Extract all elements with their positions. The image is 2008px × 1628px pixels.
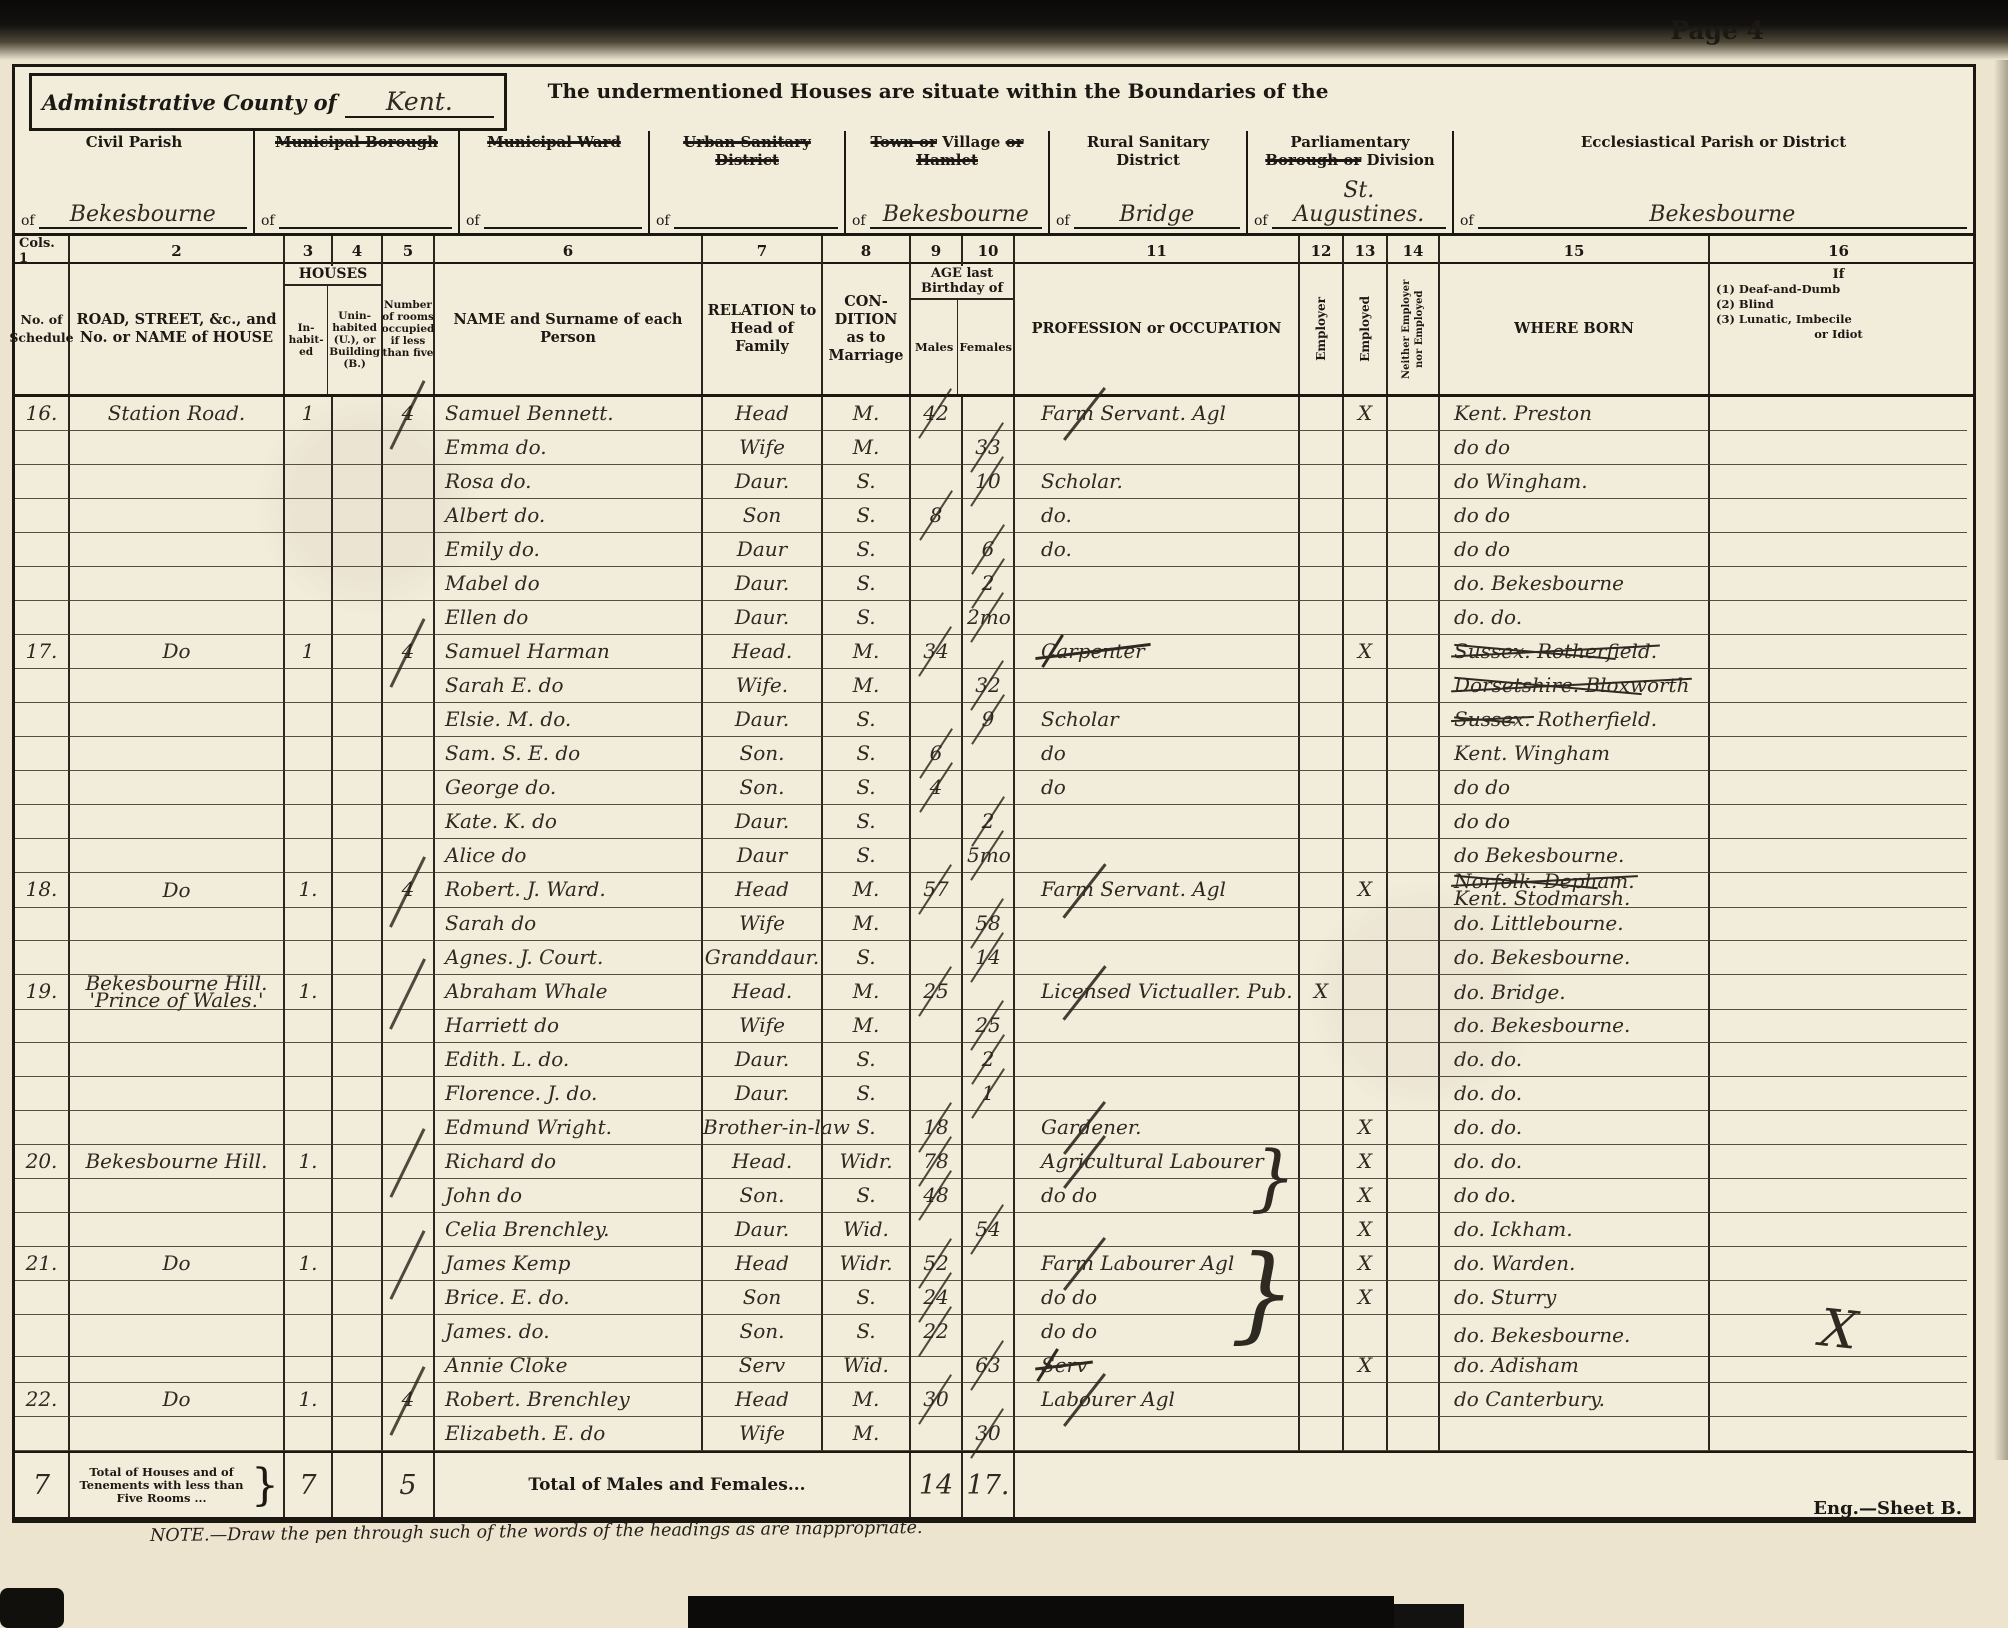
employer-mark — [1300, 1281, 1344, 1315]
brace-glyph: } — [251, 1479, 279, 1492]
person-row: John doSon.S.48do doXdo do. — [15, 1179, 1973, 1213]
address: Do — [70, 635, 285, 669]
neither-mark — [1388, 397, 1440, 431]
where-born-text: do. do. — [1454, 605, 1522, 629]
age-female: 33 — [963, 431, 1015, 465]
age-male-value: 30 — [919, 1383, 952, 1415]
age-male: 52 — [911, 1247, 963, 1281]
schedule-number — [15, 669, 70, 703]
employer-mark — [1300, 1111, 1344, 1145]
employed-mark: X — [1344, 1145, 1388, 1179]
schedule-number: 22. — [15, 1383, 70, 1417]
col-number: 13 — [1344, 236, 1388, 266]
infirmity — [1710, 941, 1967, 975]
uninhabited-mark — [333, 1043, 383, 1077]
neither-mark — [1388, 737, 1440, 771]
district-box: Civil ParishofBekesbourne — [15, 131, 253, 233]
relation: Head — [703, 397, 823, 431]
person-row: Edith. L. do.Daur.S.2do. do. — [15, 1043, 1973, 1077]
infirmity — [1710, 1111, 1967, 1145]
district-label: Municipal Ward — [466, 133, 642, 169]
condition: S. — [823, 533, 911, 567]
age-male-value: 42 — [919, 397, 952, 429]
where-born-text: do do — [1454, 809, 1510, 833]
col-number: Cols. 1 — [15, 236, 70, 266]
condition: M. — [823, 1009, 911, 1043]
uninhabited-mark — [333, 703, 383, 737]
district-value: Bekesbourne — [1649, 202, 1795, 227]
person-row: Elizabeth. E. doWifeM.30 — [15, 1417, 1973, 1451]
neither-mark — [1388, 669, 1440, 703]
header-infirmity-4: or Idiot — [1716, 327, 1961, 342]
person-name: Samuel Bennett. — [435, 397, 703, 431]
uninhabited-mark — [333, 1111, 383, 1145]
person-row: 20.Bekesbourne Hill.1.Richard doHead.Wid… — [15, 1145, 1973, 1179]
where-born-line: do. Bekesbourne — [1454, 575, 1708, 592]
where-born: do do. — [1440, 1179, 1710, 1213]
condition: S. — [823, 941, 911, 975]
occupation: Carpenter — [1015, 635, 1300, 669]
age-male — [911, 1043, 963, 1077]
occupation — [1015, 839, 1300, 873]
rooms-count — [383, 1213, 435, 1247]
uninhabited-mark — [333, 431, 383, 465]
where-born-line: Kent. Wingham — [1454, 745, 1708, 762]
neither-mark — [1388, 805, 1440, 839]
where-born-text: Sussex. — [1454, 707, 1531, 731]
condition: Widr. — [823, 1145, 911, 1179]
employer-mark — [1300, 465, 1344, 499]
employed-mark: X — [1344, 1247, 1388, 1281]
scan-edge-shadow — [1994, 60, 2008, 1460]
rooms-count — [383, 465, 435, 499]
where-born — [1440, 1417, 1710, 1451]
address — [70, 431, 285, 465]
age-male: 78 — [911, 1145, 963, 1179]
employer-mark — [1300, 907, 1344, 941]
address — [70, 1179, 285, 1213]
uninhabited-mark — [333, 1417, 383, 1451]
rooms-count — [383, 1179, 435, 1213]
of-word: of — [21, 213, 35, 229]
district-label-part: District — [1782, 133, 1846, 151]
header-employer: Employer — [1300, 264, 1344, 394]
district-label-part: Village — [942, 133, 1000, 151]
rooms-count — [383, 1077, 435, 1111]
employer-mark — [1300, 431, 1344, 465]
relation: Granddaur. — [703, 941, 823, 975]
inhabited-mark — [285, 703, 333, 737]
inhabited-mark: 1 — [285, 635, 333, 669]
uninhabited-mark — [333, 1213, 383, 1247]
person-name: John do — [435, 1179, 703, 1213]
employed-mark: X — [1344, 1281, 1388, 1315]
employed-mark: X — [1344, 1349, 1388, 1383]
where-born: do. Bekesbourne — [1440, 567, 1710, 601]
col-number: 6 — [435, 236, 703, 266]
males-females-total-label: Total of Males and Females... — [435, 1453, 911, 1517]
uninhabited-mark — [333, 635, 383, 669]
header-age-split: Males Females — [911, 300, 1013, 394]
where-born: do do — [1440, 805, 1710, 839]
relation: Son. — [703, 771, 823, 805]
person-row: Elsie. M. do.Daur.S.9ScholarSussex. Roth… — [15, 703, 1973, 737]
person-name: Alice do — [435, 839, 703, 873]
header-age: AGE last Birthday of — [911, 264, 1013, 300]
age-female — [963, 1179, 1015, 1213]
schedule-number: 18. — [15, 873, 70, 908]
person-row: Harriett doWifeM.25do. Bekesbourne. — [15, 1009, 1973, 1043]
administrative-county-value: Kent. — [386, 87, 453, 116]
age-female — [963, 975, 1015, 1010]
inhabited-mark — [285, 1009, 333, 1043]
houses-total-label: Total of Houses and of Tenements with le… — [70, 1453, 285, 1517]
where-born-line: do. do. — [1454, 1085, 1708, 1102]
condition: S. — [823, 839, 911, 873]
of-word: of — [656, 213, 670, 229]
condition: Wid. — [823, 1213, 911, 1247]
header-age-females: Females — [957, 300, 1013, 394]
relation: Brother-in-law — [703, 1111, 823, 1145]
inhabited-mark — [285, 499, 333, 533]
rooms-count: 4 — [383, 873, 435, 908]
person-name: Celia Brenchley. — [435, 1213, 703, 1247]
col-number: 7 — [703, 236, 823, 266]
employed-mark — [1344, 907, 1388, 941]
condition: S. — [823, 805, 911, 839]
district-blank: St. Augustines. — [1272, 179, 1446, 229]
header-schedule: No. of Schedule — [15, 264, 70, 394]
inhabited-mark: 1. — [285, 873, 333, 908]
inhabited-mark — [285, 431, 333, 465]
col-number: 2 — [70, 236, 285, 266]
schedule-number — [15, 1349, 70, 1383]
age-male-value: 22 — [919, 1315, 952, 1347]
inhabited-mark — [285, 465, 333, 499]
age-female: 63 — [963, 1349, 1015, 1383]
where-born-line: do. Sturry — [1454, 1289, 1708, 1306]
occupation-text: Agricultural Labourer — [1041, 1149, 1264, 1173]
where-born-text: do do — [1454, 435, 1510, 459]
occupation-text: Farm Labourer Agl — [1041, 1251, 1234, 1275]
condition: S. — [823, 1111, 911, 1145]
occupation-text: do. — [1041, 503, 1072, 527]
occupation: Agricultural Labourer} — [1015, 1145, 1300, 1179]
where-born: do. do. — [1440, 1077, 1710, 1111]
inhabited-mark — [285, 567, 333, 601]
inhabited-mark: 1 — [285, 397, 333, 431]
where-born-text: do. Bekesbourne. — [1454, 1013, 1630, 1037]
uninhabited-mark — [333, 975, 383, 1010]
inhabited-mark — [285, 839, 333, 873]
schedule-number — [15, 839, 70, 873]
employer-mark — [1300, 703, 1344, 737]
where-born-line: do do. — [1454, 1187, 1708, 1204]
column-number-row: Cols. 1 2 3 4 5 6 7 8 9 10 11 12 13 14 1… — [15, 236, 1973, 264]
employed-mark: X — [1344, 635, 1388, 669]
age-female-value: 63 — [971, 1349, 1004, 1381]
employed-mark: X — [1344, 873, 1388, 908]
district-label: Town or Village or Hamlet — [852, 133, 1042, 169]
infirmity — [1710, 1417, 1967, 1451]
infirmity — [1710, 1213, 1967, 1247]
header-uninhabited: Unin-habited (U.), or Building (B.) — [327, 286, 381, 394]
district-value: Bridge — [1119, 202, 1194, 227]
district-blank: Bekesbourne — [1478, 203, 1967, 229]
age-male — [911, 907, 963, 941]
person-name: Florence. J. do. — [435, 1077, 703, 1111]
relation: Head. — [703, 1145, 823, 1179]
where-born-line: do do — [1454, 779, 1708, 796]
age-female: 6 — [963, 533, 1015, 567]
header-houses-split: In-habit-ed Unin-habited (U.), or Buildi… — [285, 286, 381, 394]
rooms-count — [383, 941, 435, 975]
infirmity — [1710, 839, 1967, 873]
employed-mark — [1344, 499, 1388, 533]
where-born: do do — [1440, 431, 1710, 465]
of-word: of — [852, 213, 866, 229]
employer-mark — [1300, 1043, 1344, 1077]
uninhabited-mark — [333, 533, 383, 567]
age-female: 1 — [963, 1077, 1015, 1111]
inhabited-mark — [285, 941, 333, 975]
administrative-county-blank: Kent. — [345, 87, 494, 118]
occupation: Scholar — [1015, 703, 1300, 737]
header-neither-label: Neither Employer nor Employed — [1400, 269, 1426, 389]
address — [70, 941, 285, 975]
person-row: Celia Brenchley.Daur.Wid.54Xdo. Ickham. — [15, 1213, 1973, 1247]
where-born-text: Kent. Preston — [1454, 401, 1592, 425]
neither-mark — [1388, 1111, 1440, 1145]
occupation — [1015, 1009, 1300, 1043]
where-born-line: do. Ickham. — [1454, 1221, 1708, 1238]
employed-mark — [1344, 533, 1388, 567]
inhabited-mark — [285, 669, 333, 703]
inhabited-mark — [285, 1043, 333, 1077]
schedule-number — [15, 805, 70, 839]
inhabited-mark: 1. — [285, 1383, 333, 1417]
district-box: Urban Sanitary Districtof — [648, 131, 844, 233]
neither-mark — [1388, 839, 1440, 873]
infirmity — [1710, 669, 1967, 703]
condition: M. — [823, 635, 911, 669]
relation: Head — [703, 1383, 823, 1417]
person-row: Mabel doDaur.S.2do. Bekesbourne — [15, 567, 1973, 601]
address: Do — [70, 1247, 285, 1281]
district-value: Bekesbourne — [883, 202, 1029, 227]
district-box: Town or Village or HamletofBekesbourne — [844, 131, 1048, 233]
person-name: Agnes. J. Court. — [435, 941, 703, 975]
occupation: Labourer Agl — [1015, 1383, 1300, 1417]
relation: Daur. — [703, 465, 823, 499]
condition: S. — [823, 771, 911, 805]
age-female — [963, 873, 1015, 908]
where-born-text: do. do. — [1454, 1081, 1522, 1105]
district-of-line: ofBekesbourne — [852, 203, 1042, 229]
neither-mark — [1388, 771, 1440, 805]
person-name: Edith. L. do. — [435, 1043, 703, 1077]
age-female-value: 9 — [978, 703, 999, 735]
occupation-text: Farm Servant. Agl — [1041, 401, 1226, 425]
where-born-text: do. Bekesbourne. — [1454, 1323, 1630, 1347]
where-born: do do — [1440, 533, 1710, 567]
where-born-line: do. Bekesbourne. — [1454, 1017, 1708, 1034]
age-male — [911, 1009, 963, 1043]
schedule-number — [15, 703, 70, 737]
district-label: Civil Parish — [21, 133, 247, 169]
totals-row: 7 Total of Houses and of Tenements with … — [15, 1451, 1973, 1520]
occupation-text: Carpenter — [1041, 639, 1145, 663]
age-male — [911, 1077, 963, 1111]
where-born-line: Kent. Preston — [1454, 405, 1708, 422]
col-number: 10 — [963, 236, 1015, 266]
relation: Son. — [703, 737, 823, 771]
address-line: Do — [70, 1255, 283, 1272]
of-word: of — [261, 213, 275, 229]
schedule-number — [15, 1417, 70, 1451]
inhabited-total-value: 7 — [299, 1470, 316, 1501]
where-born-line: do do — [1454, 541, 1708, 558]
where-born-text: do. Bekesbourne. — [1454, 945, 1630, 969]
condition: Widr. — [823, 1247, 911, 1281]
relation: Wife — [703, 907, 823, 941]
age-male — [911, 1417, 963, 1451]
address — [70, 1213, 285, 1247]
rooms-count — [383, 1247, 435, 1281]
relation: Daur. — [703, 805, 823, 839]
infirmity — [1710, 975, 1967, 1010]
schedule-number — [15, 1111, 70, 1145]
uninhabited-mark — [333, 1179, 383, 1213]
rooms-count — [383, 805, 435, 839]
district-value: St. Augustines. — [1293, 178, 1424, 227]
infirmity — [1710, 431, 1967, 465]
uninhabited-mark — [333, 1281, 383, 1315]
condition: S. — [823, 465, 911, 499]
address — [70, 465, 285, 499]
header-houses: HOUSES — [285, 264, 381, 286]
neither-mark — [1388, 567, 1440, 601]
where-born: Dorsetshire. Bloxworth — [1440, 669, 1710, 703]
age-female: 58 — [963, 907, 1015, 941]
district-blank: Bekesbourne — [870, 203, 1042, 229]
district-label-part: Parliamentary — [1290, 133, 1409, 151]
age-male — [911, 567, 963, 601]
males-total: 14 — [911, 1453, 963, 1517]
schedule-number — [15, 771, 70, 805]
rooms-count — [383, 703, 435, 737]
occupation: do — [1015, 737, 1300, 771]
schedule-number — [15, 907, 70, 941]
employer-mark — [1300, 1383, 1344, 1417]
uninhabited-mark — [333, 941, 383, 975]
employer-mark — [1300, 669, 1344, 703]
where-born-line: Dorsetshire. Bloxworth — [1454, 677, 1708, 694]
condition: S. — [823, 1043, 911, 1077]
person-row: Florence. J. do.Daur.S.1do. do. — [15, 1077, 1973, 1111]
where-born-text: do. Bridge. — [1454, 980, 1566, 1004]
employer-mark — [1300, 805, 1344, 839]
females-total-value: 17. — [967, 1470, 1010, 1501]
rooms-count — [383, 907, 435, 941]
age-female-value: 10 — [971, 465, 1004, 497]
occupation-text: do do — [1041, 1285, 1097, 1309]
where-born-line: Sussex. Rotherfield. — [1454, 711, 1708, 728]
infirmity — [1710, 635, 1967, 669]
uninhabited-mark — [333, 1349, 383, 1383]
age-male — [911, 1349, 963, 1383]
infirmity — [1710, 805, 1967, 839]
where-born-text: do. Adisham — [1454, 1353, 1579, 1377]
infirmity — [1710, 601, 1967, 635]
person-name: Rosa do. — [435, 465, 703, 499]
rooms-count — [383, 1417, 435, 1451]
occupation-text: do. — [1041, 537, 1072, 561]
header-inhabited: In-habit-ed — [285, 286, 327, 394]
header-infirmity-if: If — [1716, 267, 1961, 282]
employed-mark — [1344, 771, 1388, 805]
rooms-count — [383, 601, 435, 635]
neither-mark — [1388, 975, 1440, 1010]
where-born-line: do Bekesbourne. — [1454, 847, 1708, 864]
where-born: Sussex. Rotherfield. — [1440, 703, 1710, 737]
schedule-number — [15, 941, 70, 975]
of-word: of — [1460, 213, 1474, 229]
age-male: 18 — [911, 1111, 963, 1145]
address — [70, 1111, 285, 1145]
occupation — [1015, 601, 1300, 635]
occupation-text: Scholar — [1041, 707, 1119, 731]
relation: Head. — [703, 975, 823, 1010]
district-box: Parliamentary Borough or DivisionofSt. A… — [1246, 131, 1452, 233]
occupation — [1015, 567, 1300, 601]
where-born: Norfolk. Depham.Kent. Stodmarsh. — [1440, 873, 1710, 908]
rooms-count — [383, 737, 435, 771]
rooms-total-value: 5 — [399, 1470, 416, 1501]
address — [70, 1009, 285, 1043]
person-row: 19.Bekesbourne Hill.'Prince of Wales.'1.… — [15, 975, 1973, 1009]
rooms-total: 5 — [383, 1453, 435, 1517]
where-born: do. Adisham — [1440, 1349, 1710, 1383]
rooms-count — [383, 771, 435, 805]
where-born: do. Littlebourne. — [1440, 907, 1710, 941]
age-male: 8 — [911, 499, 963, 533]
header-employer-label: Employer — [1315, 297, 1328, 361]
address: Station Road. — [70, 397, 285, 431]
condition: S. — [823, 601, 911, 635]
infirmity — [1710, 1009, 1967, 1043]
inhabited-mark — [285, 1281, 333, 1315]
where-born-text: Kent. Wingham — [1454, 741, 1610, 765]
where-born: Kent. Preston — [1440, 397, 1710, 431]
inhabited-mark — [285, 1417, 333, 1451]
header-infirmity-1: (1) Deaf-and-Dumb — [1716, 282, 1961, 297]
address: Do — [70, 873, 285, 908]
where-born: do. Ickham. — [1440, 1213, 1710, 1247]
occupation — [1015, 941, 1300, 975]
employer-mark — [1300, 533, 1344, 567]
person-row: Annie ClokeServWid.63ServXdo. Adisham — [15, 1349, 1973, 1383]
schedule-number — [15, 465, 70, 499]
condition: S. — [823, 1281, 911, 1315]
person-rows: 16.Station Road.14Samuel Bennett.HeadM.4… — [15, 397, 1973, 1451]
of-word: of — [1254, 213, 1268, 229]
employed-mark — [1344, 737, 1388, 771]
age-female: 2mo — [963, 601, 1015, 635]
col-number: 5 — [383, 236, 435, 266]
schedule-number — [15, 567, 70, 601]
district-label: Ecclesiastical Parish or District — [1460, 133, 1967, 169]
